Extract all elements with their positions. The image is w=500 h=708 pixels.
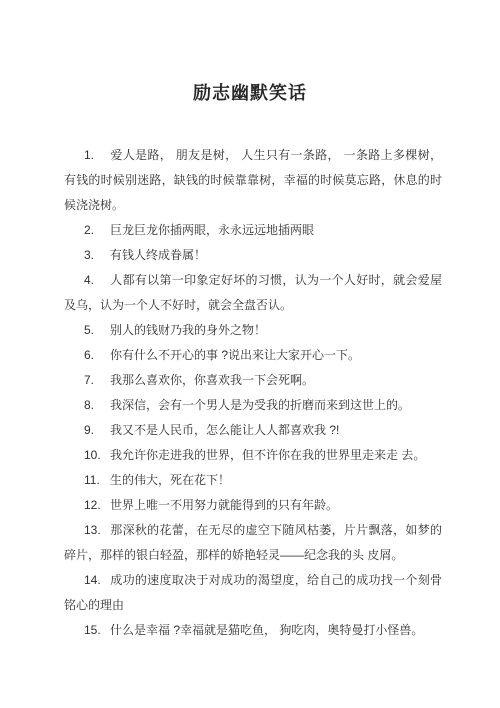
list-item: 13.那深秋的花蕾，在无尽的虚空下随风枯萎，片片飘落，如梦的碎片，那样的银白轻盈… <box>64 518 442 568</box>
item-number: 9. <box>84 418 110 443</box>
list-item: 4.人都有以第一印象定好坏的习惯，认为一个人好时，就会爱屋及乌，认为一个人不好时… <box>64 268 442 318</box>
item-text: 巨龙巨龙你插两眼，永永远远地插两眼 <box>110 223 314 237</box>
item-text: 别人的钱财乃我的身外之物！ <box>110 323 266 337</box>
item-number: 3. <box>84 243 110 268</box>
item-text: 有钱人终成眷属！ <box>110 248 206 262</box>
item-text: 成功的速度取决于对成功的渴望度，给自己的成功找一个刻骨铭心的理由 <box>64 573 442 612</box>
item-number: 15. <box>84 618 110 643</box>
item-number: 5. <box>84 318 110 343</box>
item-number: 8. <box>84 393 110 418</box>
item-text: 什么是幸福 ?幸福就是猫吃鱼， 狗吃肉，奥特曼打小怪兽。 <box>110 623 423 637</box>
item-text: 我深信，会有一个男人是为受我的折磨而来到这世上的。 <box>110 398 410 412</box>
list-item: 11.生的伟大，死在花下！ <box>64 468 442 493</box>
page-title: 励志幽默笑话 <box>0 79 500 105</box>
item-text: 我允许你走进我的世界，但不许你在我的世界里走来走 去。 <box>110 448 425 462</box>
item-text: 你有什么不开心的事 ?说出来让大家开心一下。 <box>110 348 360 362</box>
item-number: 6. <box>84 343 110 368</box>
list-item: 8.我深信，会有一个男人是为受我的折磨而来到这世上的。 <box>64 393 442 418</box>
item-number: 4. <box>84 268 110 293</box>
item-number: 2. <box>84 218 110 243</box>
item-text: 人都有以第一印象定好坏的习惯，认为一个人好时，就会爱屋及乌，认为一个人不好时，就… <box>64 273 442 312</box>
item-text: 爱人是路， 朋友是树， 人生只有一条路， 一条路上多棵树，有钱的时候别迷路，缺钱… <box>64 148 442 212</box>
item-text: 那深秋的花蕾，在无尽的虚空下随风枯萎，片片飘落，如梦的碎片，那样的银白轻盈，那样… <box>64 523 442 562</box>
list-item: 10.我允许你走进我的世界，但不许你在我的世界里走来走 去。 <box>64 443 442 468</box>
joke-list: 1.爱人是路， 朋友是树， 人生只有一条路， 一条路上多棵树，有钱的时候别迷路，… <box>64 143 442 643</box>
item-text: 我那么喜欢你，你喜欢我一下会死啊。 <box>110 373 314 387</box>
list-item: 6.你有什么不开心的事 ?说出来让大家开心一下。 <box>64 343 442 368</box>
item-number: 14. <box>84 568 110 593</box>
list-item: 3.有钱人终成眷属！ <box>64 243 442 268</box>
item-number: 10. <box>84 443 110 468</box>
item-text: 世界上唯一不用努力就能得到的只有年龄。 <box>110 498 338 512</box>
document-page: 励志幽默笑话 1.爱人是路， 朋友是树， 人生只有一条路， 一条路上多棵树，有钱… <box>0 0 500 708</box>
list-item: 12.世界上唯一不用努力就能得到的只有年龄。 <box>64 493 442 518</box>
item-number: 7. <box>84 368 110 393</box>
item-text: 生的伟大，死在花下！ <box>110 473 230 487</box>
list-item: 15.什么是幸福 ?幸福就是猫吃鱼， 狗吃肉，奥特曼打小怪兽。 <box>64 618 442 643</box>
item-number: 12. <box>84 493 110 518</box>
list-item: 9.我又不是人民币，怎么能让人人都喜欢我 ?! <box>64 418 442 443</box>
list-item: 2.巨龙巨龙你插两眼，永永远远地插两眼 <box>64 218 442 243</box>
list-item: 1.爱人是路， 朋友是树， 人生只有一条路， 一条路上多棵树，有钱的时候别迷路，… <box>64 143 442 218</box>
item-number: 11. <box>84 468 110 493</box>
list-item: 5.别人的钱财乃我的身外之物！ <box>64 318 442 343</box>
item-number: 13. <box>84 518 110 543</box>
item-number: 1. <box>84 143 110 168</box>
list-item: 7.我那么喜欢你，你喜欢我一下会死啊。 <box>64 368 442 393</box>
item-text: 我又不是人民币，怎么能让人人都喜欢我 ?! <box>110 423 339 437</box>
list-item: 14.成功的速度取决于对成功的渴望度，给自己的成功找一个刻骨铭心的理由 <box>64 568 442 618</box>
